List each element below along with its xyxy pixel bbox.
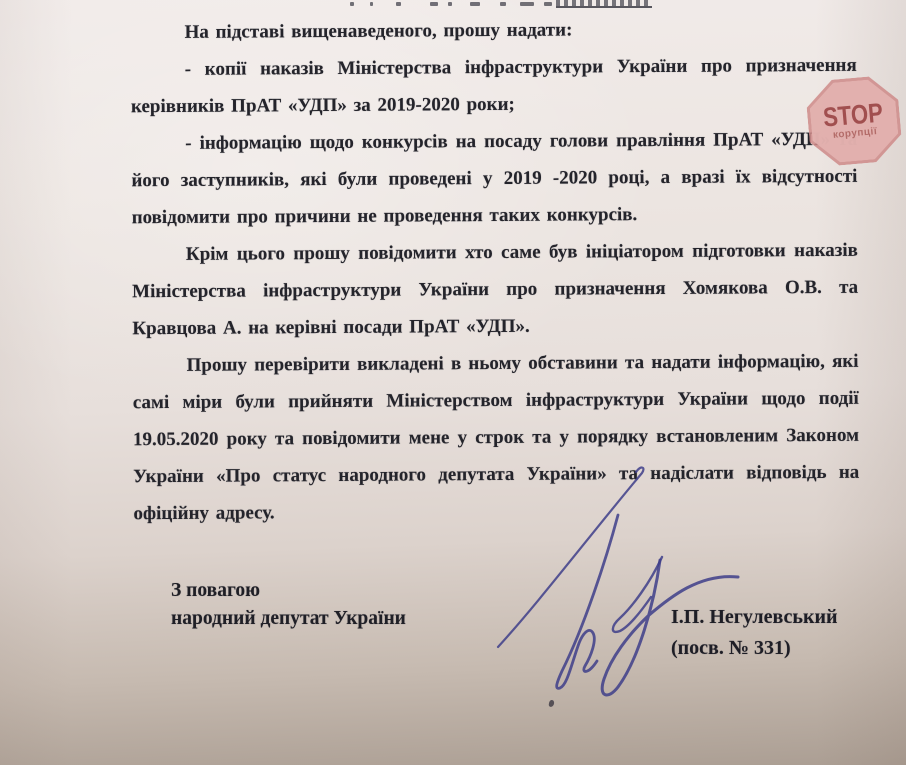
letter-paragraph: - копії наказів Міністерства інфраструкт… (131, 47, 857, 125)
letter-body: На підставі вищенаведеного, прошу надати… (130, 10, 859, 532)
signoff-block: З повагою народний депутат України (171, 577, 406, 633)
signoff-greeting: З повагою (171, 577, 406, 605)
watermark-word: STOP (823, 100, 885, 129)
signature (470, 455, 790, 735)
letter-paragraph: Крім цього прошу повідомити хто саме був… (132, 232, 859, 347)
signoff-title: народний депутат України (171, 605, 406, 633)
letter-paragraph: - інформацію щодо конкурсів на посаду го… (131, 121, 858, 236)
letter-paragraph: На підставі вищенаведеного, прошу надати… (130, 10, 856, 51)
clipped-line-fragments (348, 0, 660, 9)
stop-watermark: STOP корупції (804, 74, 903, 168)
